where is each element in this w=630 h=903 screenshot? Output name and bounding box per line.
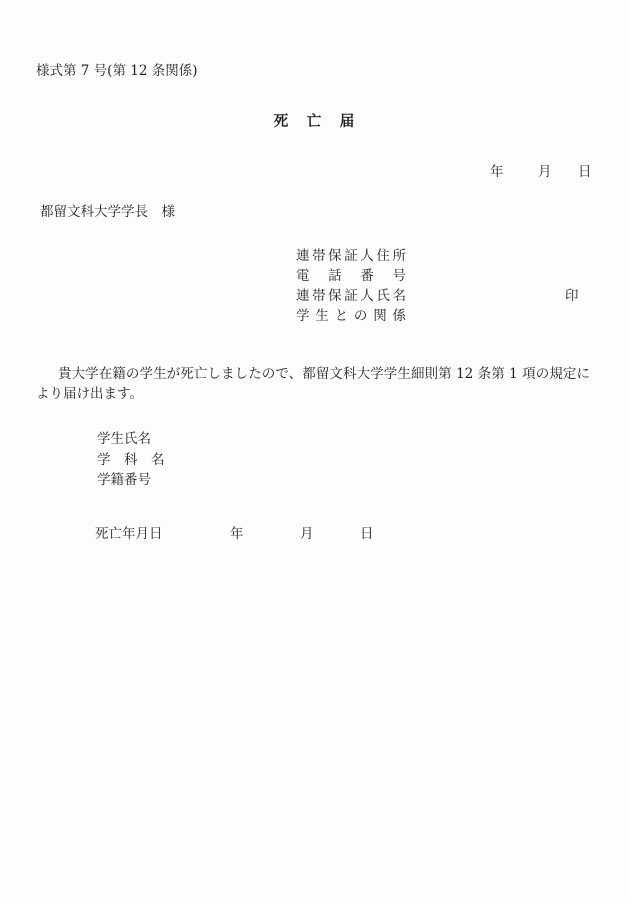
student-info-block: 学生氏名 学 科 名 学籍番号 bbox=[97, 429, 165, 491]
death-date-line: 死亡年月日 年 月 日 bbox=[0, 524, 630, 544]
seal-mark-label: 印 bbox=[565, 286, 579, 306]
death-date-label: 死亡年月日 bbox=[95, 524, 163, 544]
submission-date-line: 年 月 日 bbox=[0, 162, 630, 182]
death-date-year-label: 年 bbox=[230, 524, 244, 544]
body-paragraph: 貴大学在籍の学生が死亡しましたので、都留文科大学学生細則第 12 条第 1 項の… bbox=[36, 364, 590, 404]
guarantor-address-label: 連帯保証人住所 bbox=[296, 246, 406, 266]
submission-date-day-label: 日 bbox=[578, 162, 592, 182]
guarantor-block: 連帯保証人住所 電話番号 連帯保証人氏名 学生との関係 bbox=[296, 246, 406, 326]
guarantor-name-label: 連帯保証人氏名 bbox=[296, 286, 406, 306]
death-date-month-label: 月 bbox=[300, 524, 314, 544]
guarantor-phone-label: 電話番号 bbox=[296, 266, 406, 286]
student-department-label: 学 科 名 bbox=[97, 450, 165, 471]
form-number: 様式第 7 号(第 12 条関係) bbox=[36, 61, 197, 81]
student-name-label: 学生氏名 bbox=[97, 429, 165, 450]
document-title: 死 亡 届 bbox=[0, 111, 630, 133]
death-notification-form-page: 様式第 7 号(第 12 条関係) 死 亡 届 年 月 日 都留文科大学学長 様… bbox=[0, 0, 630, 903]
addressee-line: 都留文科大学学長 様 bbox=[40, 202, 175, 222]
submission-date-month-label: 月 bbox=[538, 162, 552, 182]
submission-date-year-label: 年 bbox=[490, 162, 504, 182]
death-date-day-label: 日 bbox=[360, 524, 374, 544]
student-id-label: 学籍番号 bbox=[97, 470, 165, 491]
guarantor-relation-label: 学生との関係 bbox=[296, 306, 406, 326]
